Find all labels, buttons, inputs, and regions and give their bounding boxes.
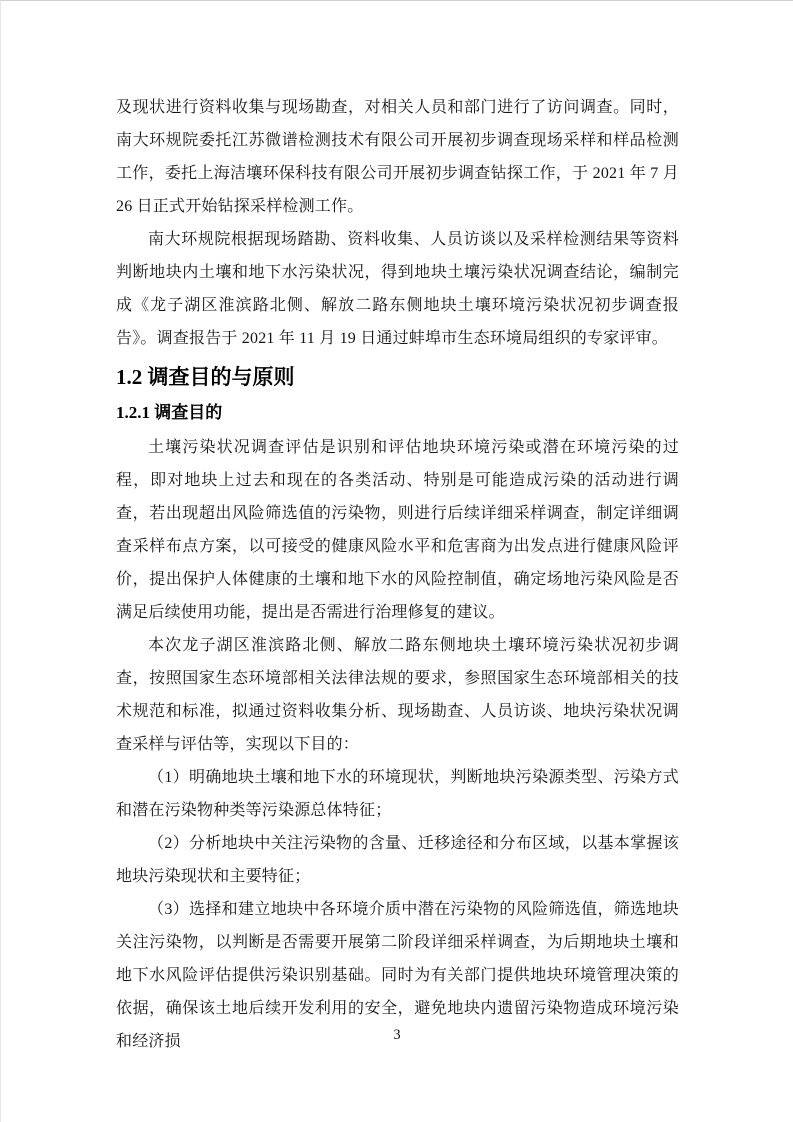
list-item-objective-1: （1）明确地块土壤和地下水的环境现状，判断地块污染源类型、污染方式和潜在污染物种… (116, 761, 679, 827)
subsection-heading-1-2-1: 1.2.1 调查目的 (116, 397, 679, 429)
paragraph-report-review: 南大环规院根据现场踏勘、资料收集、人员访谈以及采样检测结果等资料判断地块内土壤和… (116, 223, 679, 355)
paragraph-survey-definition: 土壤污染状况调查评估是识别和评估地块环境污染或潜在环境污染的过程，即对地块上过去… (116, 431, 679, 629)
paragraph-continuation: 及现状进行资料收集与现场勘查，对相关人员和部门进行了访问调查。同时，南大环规院委… (116, 91, 679, 223)
paragraph-survey-scope: 本次龙子湖区淮滨路北侧、解放二路东侧地块土壤环境污染状况初步调查，按照国家生态环… (116, 629, 679, 761)
list-item-objective-2: （2）分析地块中关注污染物的含量、迁移途径和分布区域，以基本掌握该地块污染现状和… (116, 827, 679, 893)
section-heading-1-2: 1.2 调查目的与原则 (116, 361, 679, 393)
document-page: 及现状进行资料收集与现场勘查，对相关人员和部门进行了访问调查。同时，南大环规院委… (0, 0, 793, 1122)
page-number: 3 (1, 1027, 793, 1044)
